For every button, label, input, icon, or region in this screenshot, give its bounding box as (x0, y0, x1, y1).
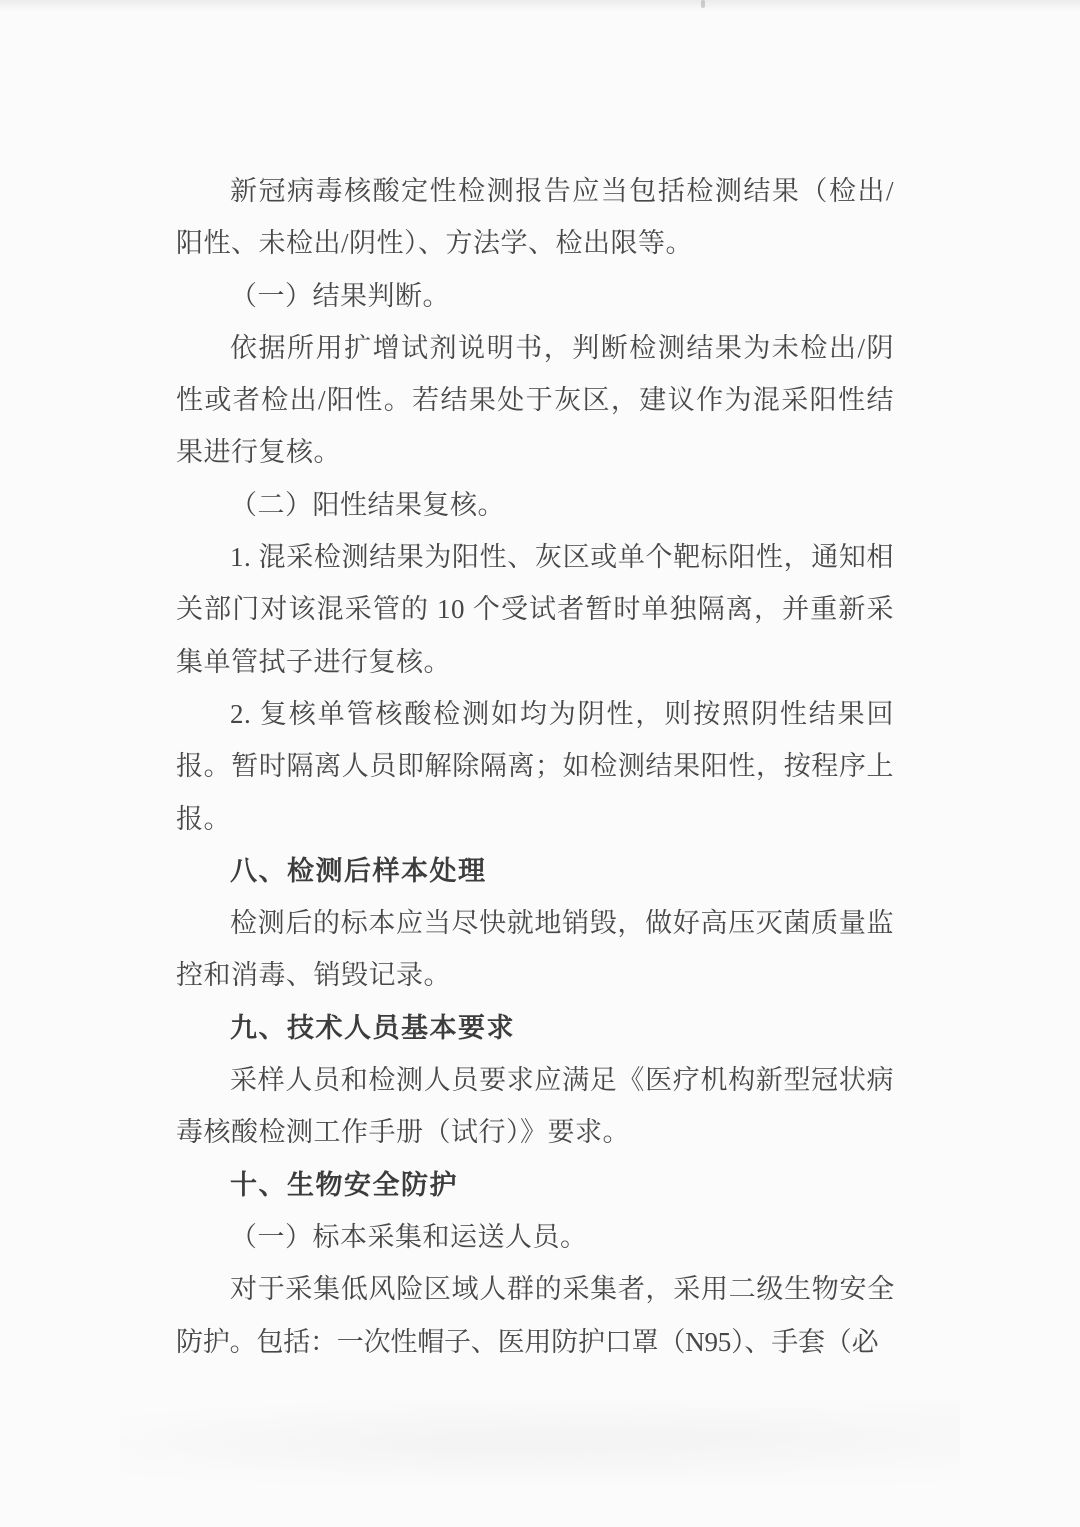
scan-edge-shadow (0, 0, 1080, 11)
document-page: 新冠病毒核酸定性检测报告应当包括检测结果（检出/阳性、未检出/阴性）、方法学、检… (176, 165, 894, 1368)
scan-blotch (120, 1400, 960, 1490)
subheading-result-judgement: （一）结果判断。 (176, 270, 894, 322)
heading-section-10-biosafety: 十、生物安全防护 (176, 1159, 894, 1211)
paragraph-pooled-positive-step1: 1. 混采检测结果为阳性、灰区或单个靶标阳性，通知相关部门对该混采管的 10 个… (176, 531, 894, 688)
paragraph-pooled-positive-step2: 2. 复核单管核酸检测如均为阴性，则按照阴性结果回报。暂时隔离人员即解除隔离；如… (176, 688, 894, 845)
paragraph-report-contents: 新冠病毒核酸定性检测报告应当包括检测结果（检出/阳性、未检出/阴性）、方法学、检… (176, 165, 894, 270)
heading-section-8-sample-disposal: 八、检测后样本处理 (176, 845, 894, 897)
scan-speck (701, 0, 705, 8)
subheading-collection-transport-staff: （一）标本采集和运送人员。 (176, 1211, 894, 1263)
subheading-positive-recheck: （二）阳性结果复核。 (176, 479, 894, 531)
heading-section-9-personnel-requirements: 九、技术人员基本要求 (176, 1002, 894, 1054)
paragraph-biosafety-level2: 对于采集低风险区域人群的采集者，采用二级生物安全防护。包括：一次性帽子、医用防护… (176, 1263, 894, 1368)
paragraph-personnel-requirements: 采样人员和检测人员要求应满足《医疗机构新型冠状病毒核酸检测工作手册（试行）》要求… (176, 1054, 894, 1159)
paragraph-sample-disposal: 检测后的标本应当尽快就地销毁，做好高压灭菌质量监控和消毒、销毁记录。 (176, 897, 894, 1002)
paragraph-result-judgement: 依据所用扩增试剂说明书，判断检测结果为未检出/阴性或者检出/阳性。若结果处于灰区… (176, 322, 894, 479)
